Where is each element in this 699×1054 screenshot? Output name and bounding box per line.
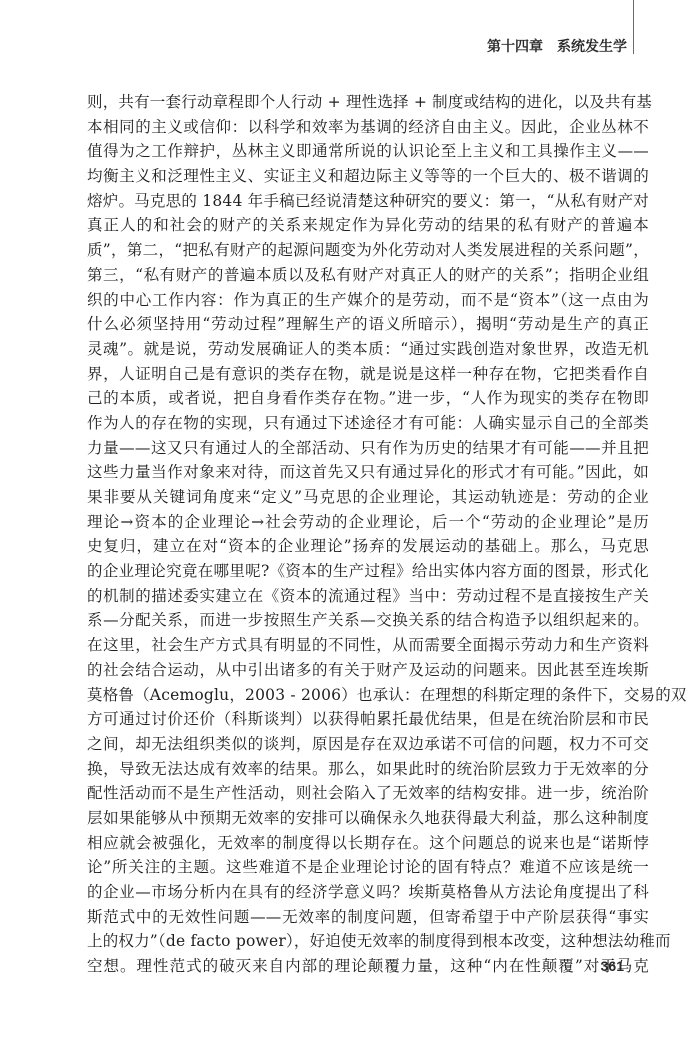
running-head-chapter-title: 第十四章 系统发生学	[487, 36, 627, 56]
text-line: 织的中心工作内容：作为真正的生产媒介的是劳动，而不是“资本”（这一点由为	[87, 288, 649, 313]
text-line: 力量——这又只有通过人的全部活动、只有作为历史的结果才有可能——并且把	[87, 436, 649, 461]
text-line: 理论→资本的企业理论→社会劳动的企业理论，后一个“劳动的企业理论”是历	[87, 510, 649, 535]
text-line: 灵魂”。就是说，劳动发展确证人的类本质：“通过实践创造对象世界，改造无机	[87, 337, 649, 362]
text-line: 上的权力”（de facto power），好迫使无效率的制度得到根本改变，这种…	[87, 929, 649, 954]
text-line: 莫格鲁（Acemoglu，2003 - 2006）也承认：在理想的科斯定理的条件…	[87, 683, 649, 708]
text-line: 作为人的存在物的实现，只有通过下述途径才有可能：人确实显示自己的全部类	[87, 411, 649, 436]
text-line: 层如果能够从中预期无效率的安排可以确保永久地获得最大利益，那么这种制度	[87, 806, 649, 831]
text-line: 相应就会被强化，无效率的制度得以长期存在。这个问题总的说来也是“诺斯悖	[87, 831, 649, 856]
text-line: 熔炉。马克思的 1844 年手稿已经说清楚这种研究的要义：第一，“从私有财产对	[87, 189, 649, 214]
text-line: 己的本质，或者说，把自身看作类存在物。”进一步，“人作为现实的类存在物即	[87, 386, 649, 411]
body-text: 则，共有一套行动章程即个人行动 + 理性选择 + 制度或结构的进化，以及共有基 …	[87, 90, 649, 979]
text-line: 的企业—市场分析内在具有的经济学意义吗？埃斯莫格鲁从方法论角度提出了科	[87, 880, 649, 905]
text-line: 方可通过讨价还价（科斯谈判）以获得帕累托最优结果，但是在统治阶层和市民	[87, 707, 649, 732]
text-line: 果非要从关键词角度来“定义”马克思的企业理论，其运动轨迹是：劳动的企业	[87, 485, 649, 510]
text-line: 本相同的主义或信仰：以科学和效率为基调的经济自由主义。因此，企业丛林不	[87, 115, 649, 140]
text-line: 的机制的描述委实建立在《资本的流通过程》当中：劳动过程不是直接按生产关	[87, 584, 649, 609]
text-line: 的社会结合运动，从中引出诸多的有关于财产及运动的问题来。因此甚至连埃斯	[87, 658, 649, 683]
text-line: 这些力量当作对象来对待，而这首先又只有通过异化的形式才有可能。”因此，如	[87, 460, 649, 485]
page-number: 361	[601, 958, 624, 974]
text-line: 配性活动而不是生产性活动，则社会陷入了无效率的结构安排。进一步，统治阶	[87, 781, 649, 806]
text-line: 在这里，社会生产方式具有明显的不同性，从而需要全面揭示劳动力和生产资料	[87, 633, 649, 658]
text-line: 系—分配关系，而进一步按照生产关系—交换关系的结合构造予以组织起来的。	[87, 608, 649, 633]
text-line: 值得为之工作辩护，丛林主义即通常所说的认识论至上主义和工具操作主义——	[87, 139, 649, 164]
text-line: 均衡主义和泛理性主义、实证主义和超边际主义等等的一个巨大的、极不谐调的	[87, 164, 649, 189]
text-line: 换，导致无法达成有效率的结果。那么，如果此时的统治阶层致力于无效率的分	[87, 757, 649, 782]
text-line: 史复归，建立在对“资本的企业理论”扬弃的发展运动的基础上。那么，马克思	[87, 534, 649, 559]
text-line: 什么必须坚持用“劳动过程”理解生产的语义所暗示），揭明“劳动是生产的真正	[87, 312, 649, 337]
text-line: 论”所关注的主题。这些难道不是企业理论讨论的固有特点？难道不应该是统一	[87, 855, 649, 880]
text-line: 的企业理论究竟在哪里呢?《资本的生产过程》给出实体内容方面的图景，形式化	[87, 559, 649, 584]
text-line: 质”，第二，“把私有财产的起源问题变为外化劳动对人类发展进程的关系问题”，	[87, 238, 649, 263]
text-line: 则，共有一套行动章程即个人行动 + 理性选择 + 制度或结构的进化，以及共有基	[87, 90, 649, 115]
text-line: 之间，却无法组织类似的谈判，原因是存在双边承诺不可信的问题，权力不可交	[87, 732, 649, 757]
text-line: 真正人的和社会的财产的关系来规定作为异化劳动的结果的私有财产的普遍本	[87, 213, 649, 238]
text-line: 第三，“私有财产的普遍本质以及私有财产对真正人的财产的关系”；指明企业组	[87, 263, 649, 288]
text-line: 界，人证明自己是有意识的类存在物，就是说是这样一种存在物，它把类看作自	[87, 362, 649, 387]
text-line: 空想。理性范式的破灭来自内部的理论颠覆力量，这种“内在性颠覆”对于马克	[87, 954, 649, 979]
header-vertical-rule	[633, 0, 634, 54]
text-line: 斯范式中的无效性问题——无效率的制度问题，但寄希望于中产阶层获得“事实	[87, 905, 649, 930]
